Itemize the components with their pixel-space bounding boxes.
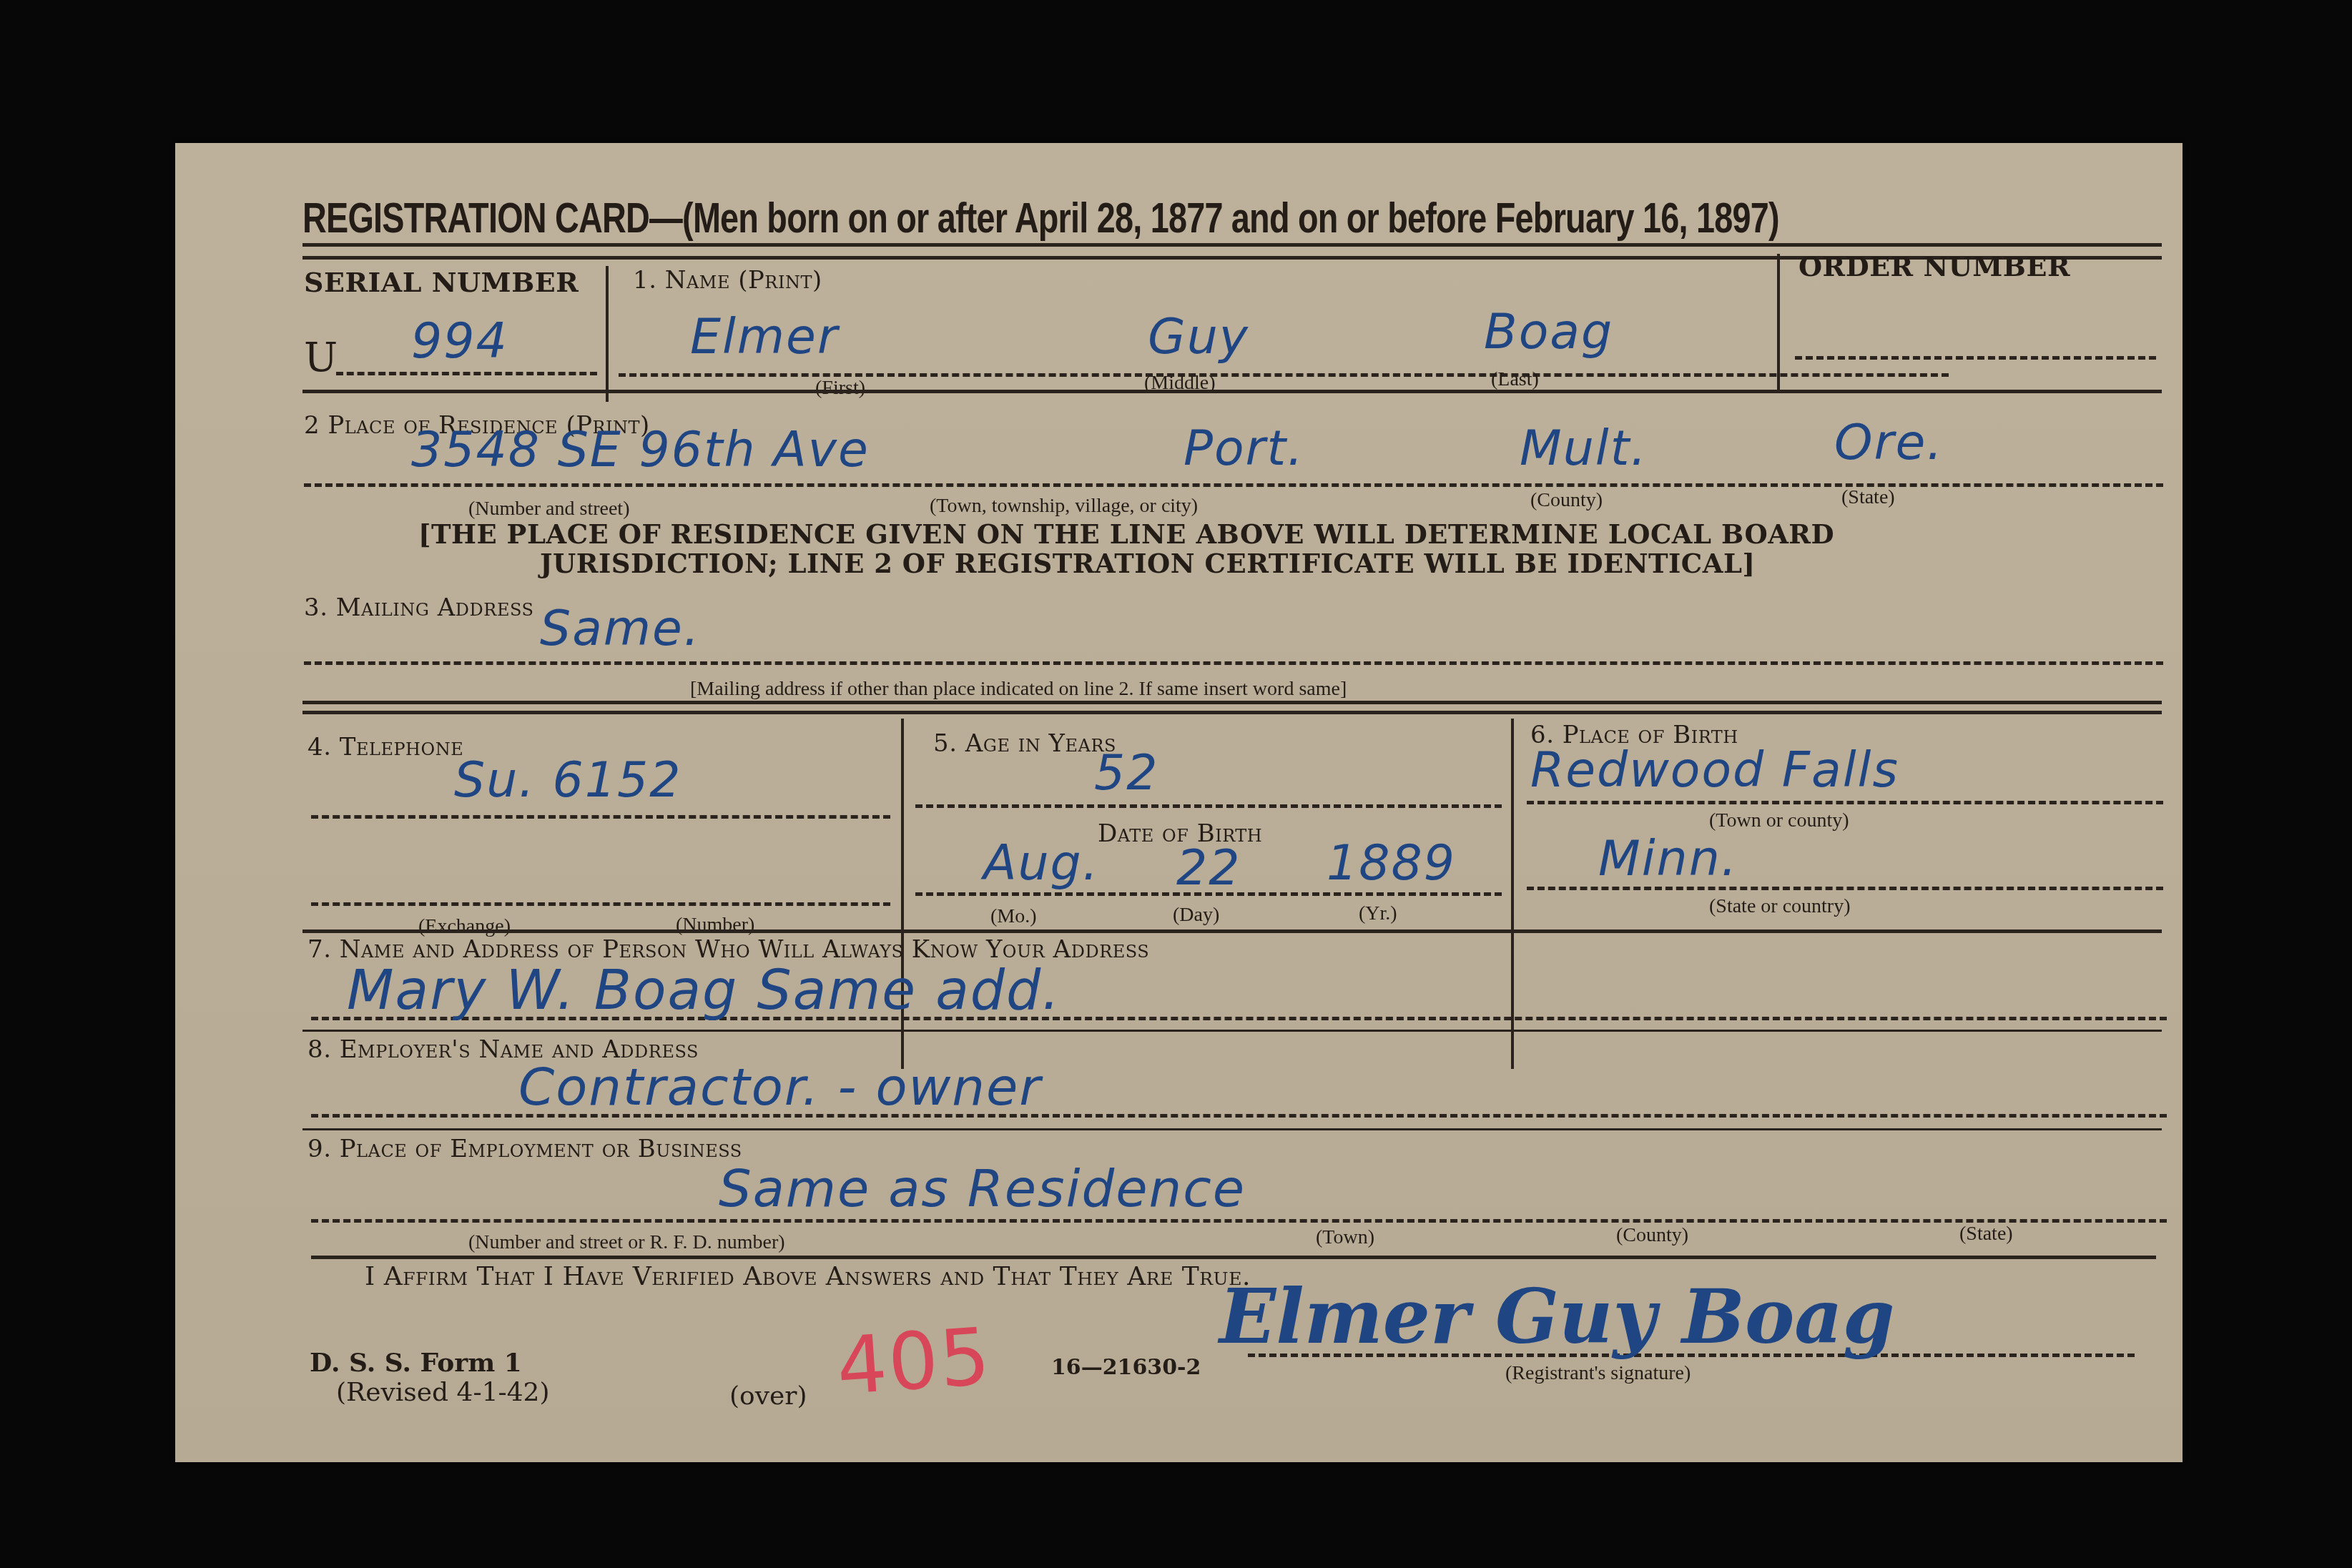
dob-day-value[interactable]: 22 bbox=[1176, 840, 1241, 897]
mailing-address-caption: [Mailing address if other than place ind… bbox=[690, 678, 1347, 701]
employment-place-line bbox=[311, 1219, 2167, 1223]
last-name-value[interactable]: Boag bbox=[1484, 304, 1613, 360]
serial-number-value[interactable]: 994 bbox=[411, 313, 508, 370]
mailing-address-value[interactable]: Same. bbox=[540, 601, 701, 657]
row1-rule bbox=[302, 390, 2162, 393]
serial-number-label: SERIAL NUMBER bbox=[304, 266, 579, 298]
county-caption: (County) bbox=[1530, 489, 1603, 512]
jurisdiction-notice-line1: [THE PLACE OF RESIDENCE GIVEN ON THE LIN… bbox=[418, 518, 1834, 550]
employment-place-value[interactable]: Same as Residence bbox=[719, 1158, 1246, 1218]
residence-county-value[interactable]: Mult. bbox=[1520, 420, 1648, 477]
residence-street-value[interactable]: 3548 SE 96th Ave bbox=[411, 422, 870, 478]
row9-rule bbox=[311, 1256, 2156, 1259]
age-value[interactable]: 52 bbox=[1094, 745, 1159, 802]
signature-caption: (Registrant's signature) bbox=[1505, 1362, 1691, 1385]
town-caption: (Town, township, village, or city) bbox=[930, 495, 1198, 518]
form-name: D. S. S. Form 1 bbox=[310, 1348, 522, 1378]
residence-state-value[interactable]: Ore. bbox=[1834, 415, 1944, 471]
affirmation-text: I Affirm That I Have Verified Above Answ… bbox=[365, 1262, 1251, 1291]
form-revised-date: (Revised 4-1-42) bbox=[336, 1378, 550, 1407]
first-name-value[interactable]: Elmer bbox=[690, 309, 839, 365]
mailing-address-label: 3. Mailing Address bbox=[304, 593, 533, 622]
print-code: 16—21630-2 bbox=[1051, 1355, 1201, 1380]
number-caption: (Number) bbox=[676, 914, 754, 937]
red-pencil-number: 405 bbox=[834, 1311, 994, 1413]
over-note: (over) bbox=[729, 1381, 807, 1411]
year-caption: (Yr.) bbox=[1359, 902, 1397, 925]
card-title: REGISTRATION CARD—(Men born on or after … bbox=[302, 193, 1779, 242]
employment-street-caption: (Number and street or R. F. D. number) bbox=[468, 1231, 785, 1254]
dob-year-value[interactable]: 1889 bbox=[1327, 835, 1456, 892]
order-divider bbox=[1777, 254, 1780, 393]
name-label: 1. Name (Print) bbox=[633, 266, 822, 295]
telephone-line-1 bbox=[311, 815, 890, 819]
dob-month-value[interactable]: Aug. bbox=[983, 835, 1099, 892]
contact-person-value[interactable]: Mary W. Boag Same add. bbox=[347, 958, 1061, 1022]
birth-town-line bbox=[1527, 801, 2163, 804]
birth-state-caption: (State or country) bbox=[1709, 895, 1851, 918]
employer-value[interactable]: Contractor. - owner bbox=[518, 1057, 1042, 1117]
birth-town-caption: (Town or county) bbox=[1709, 809, 1849, 832]
registration-card: REGISTRATION CARD—(Men born on or after … bbox=[175, 143, 2183, 1462]
row3-rule-bottom bbox=[302, 711, 2162, 714]
order-number-label: ORDER NUMBER bbox=[1799, 250, 2070, 282]
middle-name-value[interactable]: Guy bbox=[1148, 309, 1249, 365]
serial-line bbox=[336, 372, 597, 375]
last-caption: (Last) bbox=[1491, 368, 1539, 391]
row3-rule-top bbox=[302, 701, 2162, 704]
street-caption: (Number and street) bbox=[468, 498, 629, 521]
row8-rule bbox=[302, 1128, 2162, 1130]
employment-place-label: 9. Place of Employment or Business bbox=[307, 1135, 742, 1163]
employment-town-caption: (Town) bbox=[1316, 1226, 1374, 1249]
age-line bbox=[915, 804, 1502, 808]
state-caption: (State) bbox=[1841, 486, 1895, 509]
telephone-value[interactable]: Su. 6152 bbox=[454, 752, 682, 809]
day-caption: (Day) bbox=[1173, 904, 1219, 927]
telephone-label: 4. Telephone bbox=[307, 733, 463, 761]
telephone-line-2 bbox=[311, 902, 890, 906]
first-caption: (First) bbox=[815, 377, 865, 400]
jurisdiction-notice-line2: JURISDICTION; LINE 2 OF REGISTRATION CER… bbox=[540, 548, 1756, 579]
employment-county-caption: (County) bbox=[1616, 1224, 1688, 1247]
employment-state-caption: (State) bbox=[1959, 1223, 2013, 1246]
serial-divider bbox=[606, 266, 609, 402]
month-caption: (Mo.) bbox=[990, 905, 1037, 928]
title-rule-top bbox=[302, 243, 2162, 247]
age-label: 5. Age in Years bbox=[933, 729, 1116, 758]
mailing-address-line bbox=[304, 661, 2163, 665]
registrant-signature[interactable]: Elmer Guy Boag bbox=[1219, 1273, 1894, 1361]
row456-rule bbox=[302, 930, 2162, 933]
birth-state-value[interactable]: Minn. bbox=[1598, 831, 1738, 887]
order-number-line[interactable] bbox=[1795, 356, 2156, 360]
residence-town-value[interactable]: Port. bbox=[1184, 420, 1304, 477]
birth-town-value[interactable]: Redwood Falls bbox=[1530, 742, 1899, 799]
row7-rule bbox=[302, 1030, 2162, 1032]
serial-prefix: U bbox=[304, 335, 338, 381]
